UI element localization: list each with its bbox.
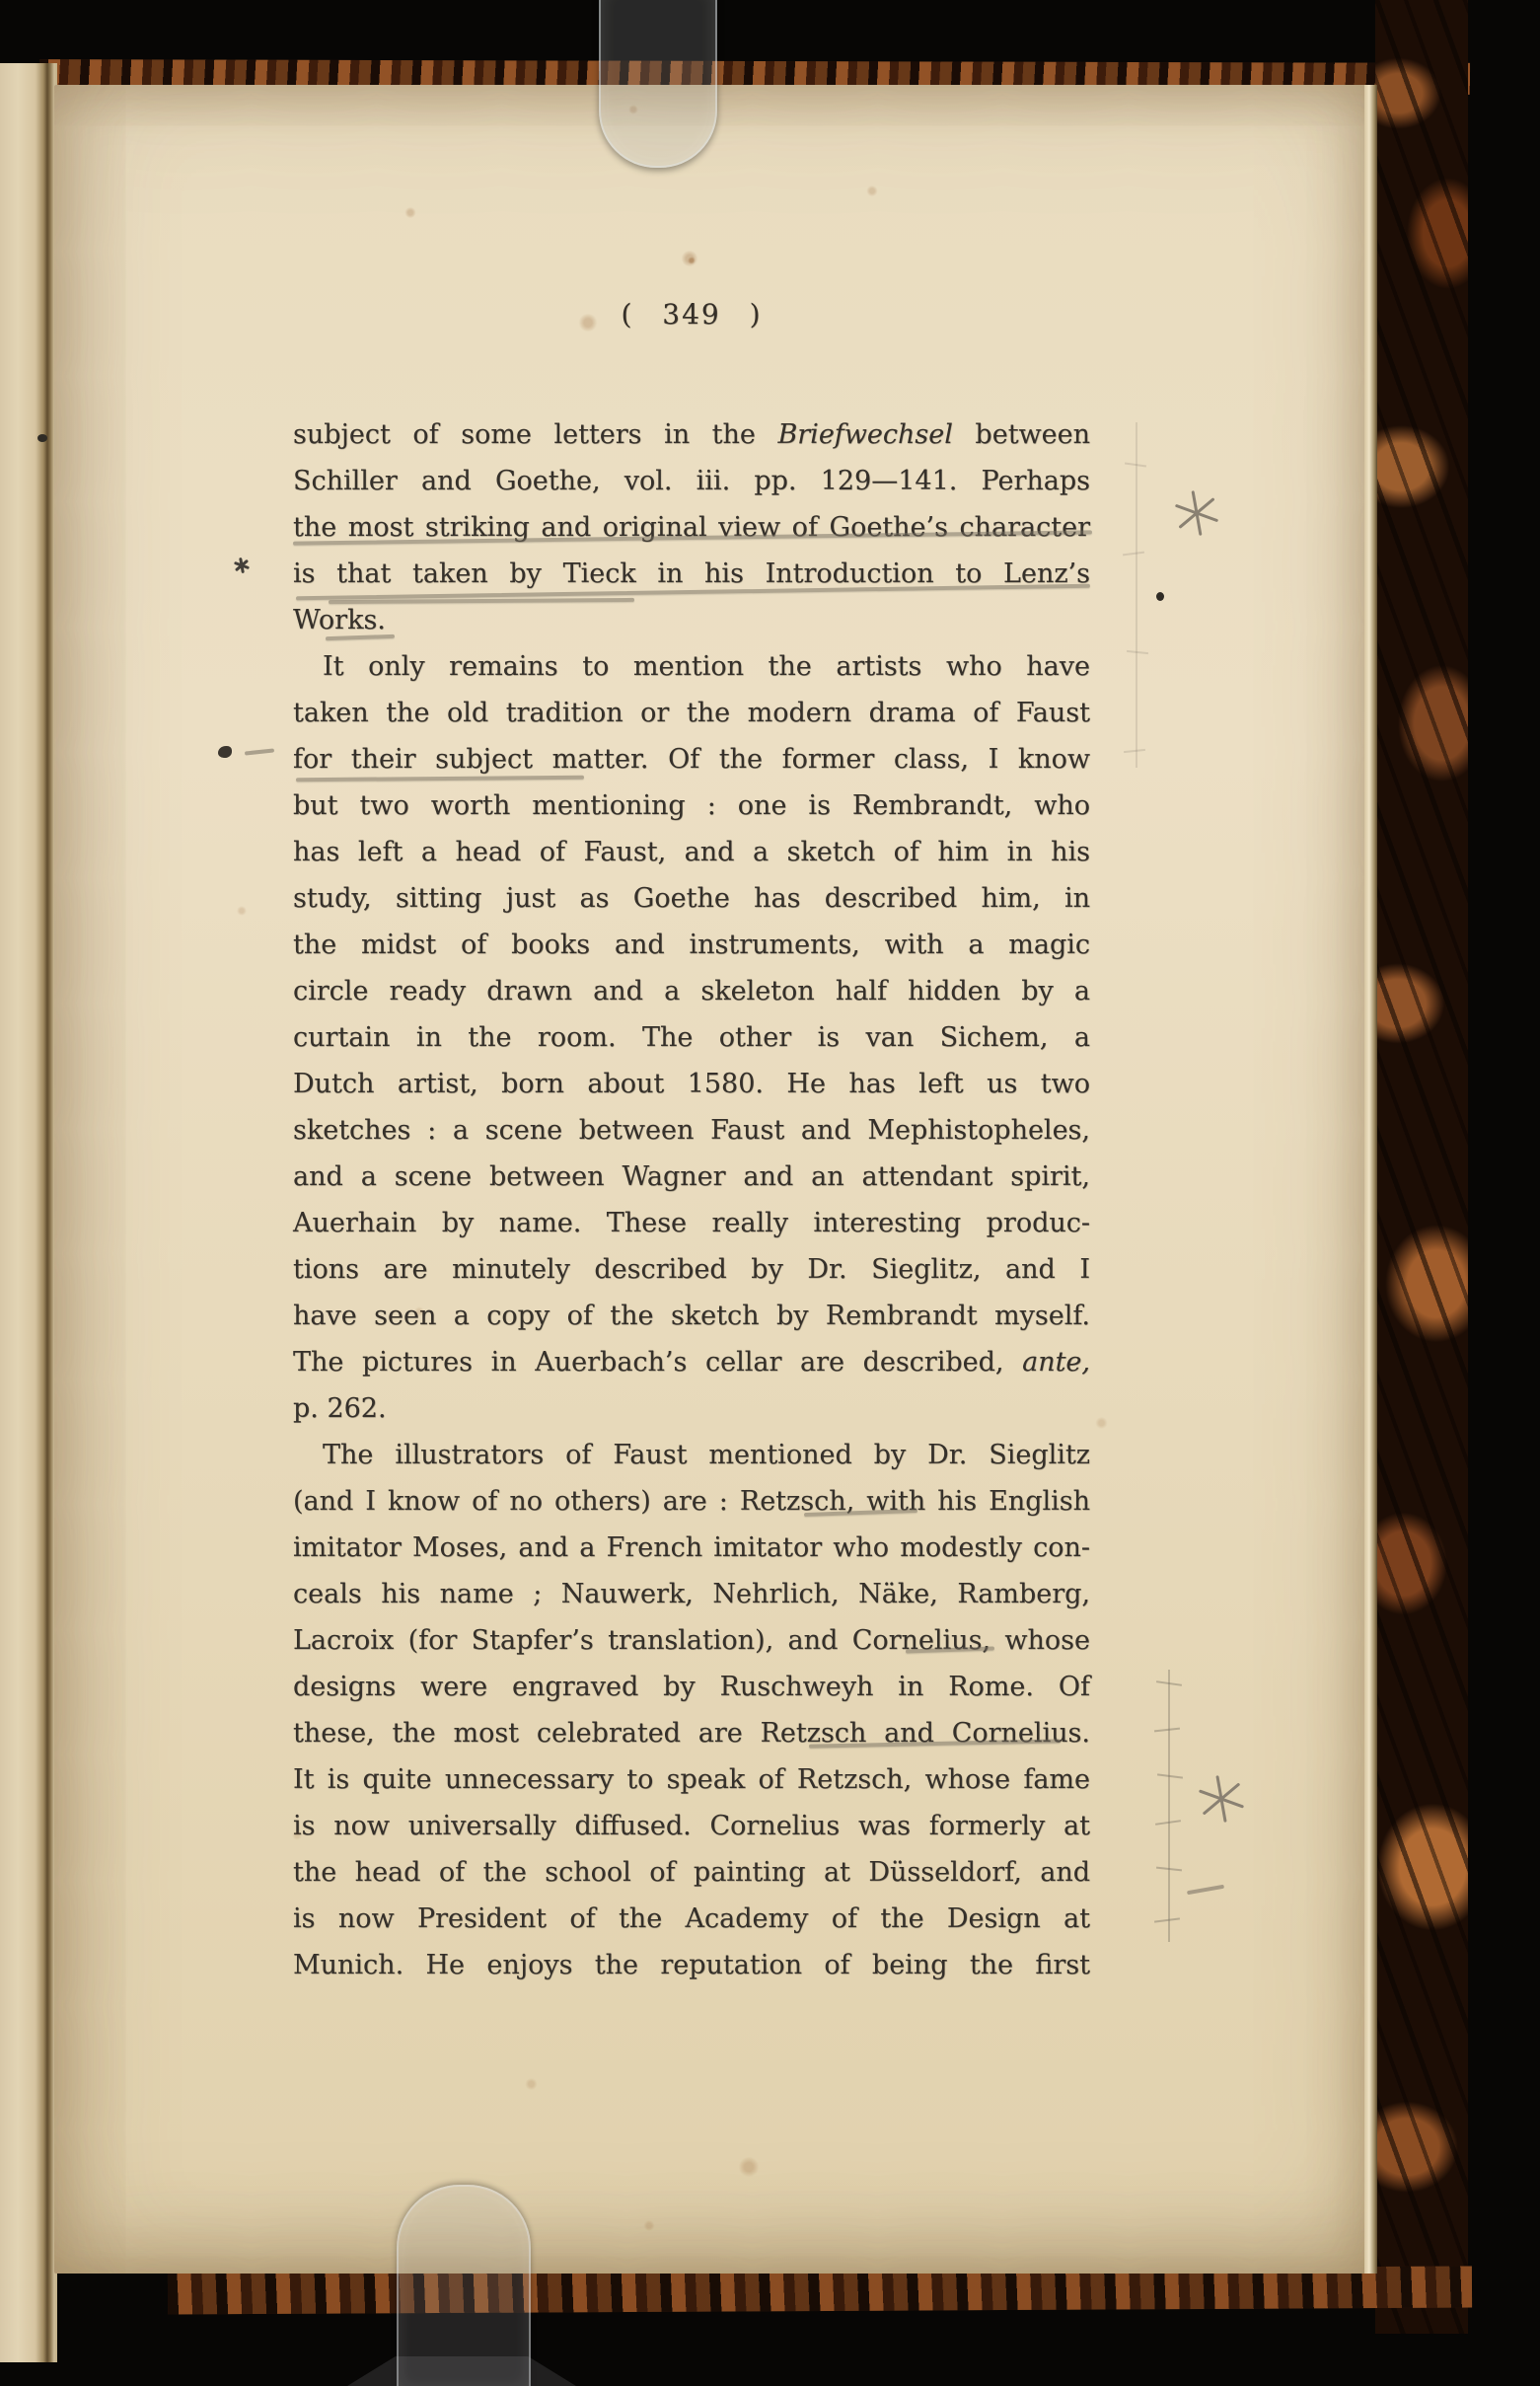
text-line: has left a head of Faust, and a sketch o… <box>293 829 1090 875</box>
text-line: Munich. He enjoys the reputation of bein… <box>293 1942 1090 1988</box>
page-text: subject of some letters in the Briefwech… <box>293 411 1090 1988</box>
text-line: but two worth mentioning : one is Rembra… <box>293 783 1090 829</box>
text-line: is that taken by Tieck in his Introducti… <box>293 551 1090 597</box>
paragraph: The illustrators of Faust mentioned by D… <box>293 1432 1090 1988</box>
text-line: sketches : a scene between Faust and Mep… <box>293 1107 1090 1154</box>
text-line: taken the old tradition or the modern dr… <box>293 690 1090 736</box>
text-line: is now President of the Academy of the D… <box>293 1896 1090 1942</box>
text-line: subject of some letters in the Briefwech… <box>293 411 1090 458</box>
book-cover-right-marbled <box>1375 0 1468 2334</box>
text-line: (and I know of no others) are : Retzsch,… <box>293 1478 1090 1525</box>
text-line: the most striking and original view of G… <box>293 504 1090 551</box>
text-line: is now universally diffused. Cornelius w… <box>293 1803 1090 1849</box>
text-line: The illustrators of Faust mentioned by D… <box>293 1432 1090 1478</box>
page-stack-fore-edge <box>0 63 57 2362</box>
text-line: and a scene between Wagner and an attend… <box>293 1154 1090 1200</box>
text-line: Dutch artist, born about 1580. He has le… <box>293 1061 1090 1107</box>
text-line: Works. <box>293 597 1090 643</box>
paragraph: subject of some letters in the Briefwech… <box>293 411 1090 643</box>
text-line: Auerhain by name. These really interesti… <box>293 1200 1090 1246</box>
book-page: ( 349 ) subject of some letters in the B… <box>54 85 1376 2274</box>
text-line: for their subject matter. Of the former … <box>293 736 1090 783</box>
text-line: p. 262. <box>293 1385 1090 1432</box>
text-line: designs were engraved by Ruschweyh in Ro… <box>293 1664 1090 1710</box>
book-scan: ( 349 ) subject of some letters in the B… <box>0 0 1540 2386</box>
archival-clip-top <box>599 0 717 168</box>
text-line: these, the most celebrated are Retzsch a… <box>293 1710 1090 1756</box>
text-line: study, sitting just as Goethe has descri… <box>293 875 1090 922</box>
paragraph: It only remains to mention the artists w… <box>293 643 1090 1432</box>
text-line: Lacroix (for Stapfer’s translation), and… <box>293 1617 1090 1664</box>
text-line: circle ready drawn and a skeleton half h… <box>293 968 1090 1014</box>
text-line: It is quite unnecessary to speak of Retz… <box>293 1756 1090 1803</box>
page-number: ( 349 ) <box>293 298 1090 331</box>
text-line: curtain in the room. The other is van Si… <box>293 1014 1090 1061</box>
text-line: ceals his name ; Nauwerk, Nehrlich, Näke… <box>293 1571 1090 1617</box>
archival-clip-bottom-base <box>347 2356 576 2386</box>
text-line: The pictures in Auerbach’s cellar are de… <box>293 1339 1090 1385</box>
text-line: the head of the school of painting at Dü… <box>293 1849 1090 1896</box>
text-line: Schiller and Goethe, vol. iii. pp. 129—1… <box>293 458 1090 504</box>
text-line: imitator Moses, and a French imitator wh… <box>293 1525 1090 1571</box>
text-line: the midst of books and instruments, with… <box>293 922 1090 968</box>
text-line: tions are minutely described by Dr. Sieg… <box>293 1246 1090 1293</box>
text-line: It only remains to mention the artists w… <box>293 643 1090 690</box>
text-line: have seen a copy of the sketch by Rembra… <box>293 1293 1090 1339</box>
archival-clip-bottom <box>397 2185 531 2386</box>
page-right-edge <box>1364 85 1377 2274</box>
